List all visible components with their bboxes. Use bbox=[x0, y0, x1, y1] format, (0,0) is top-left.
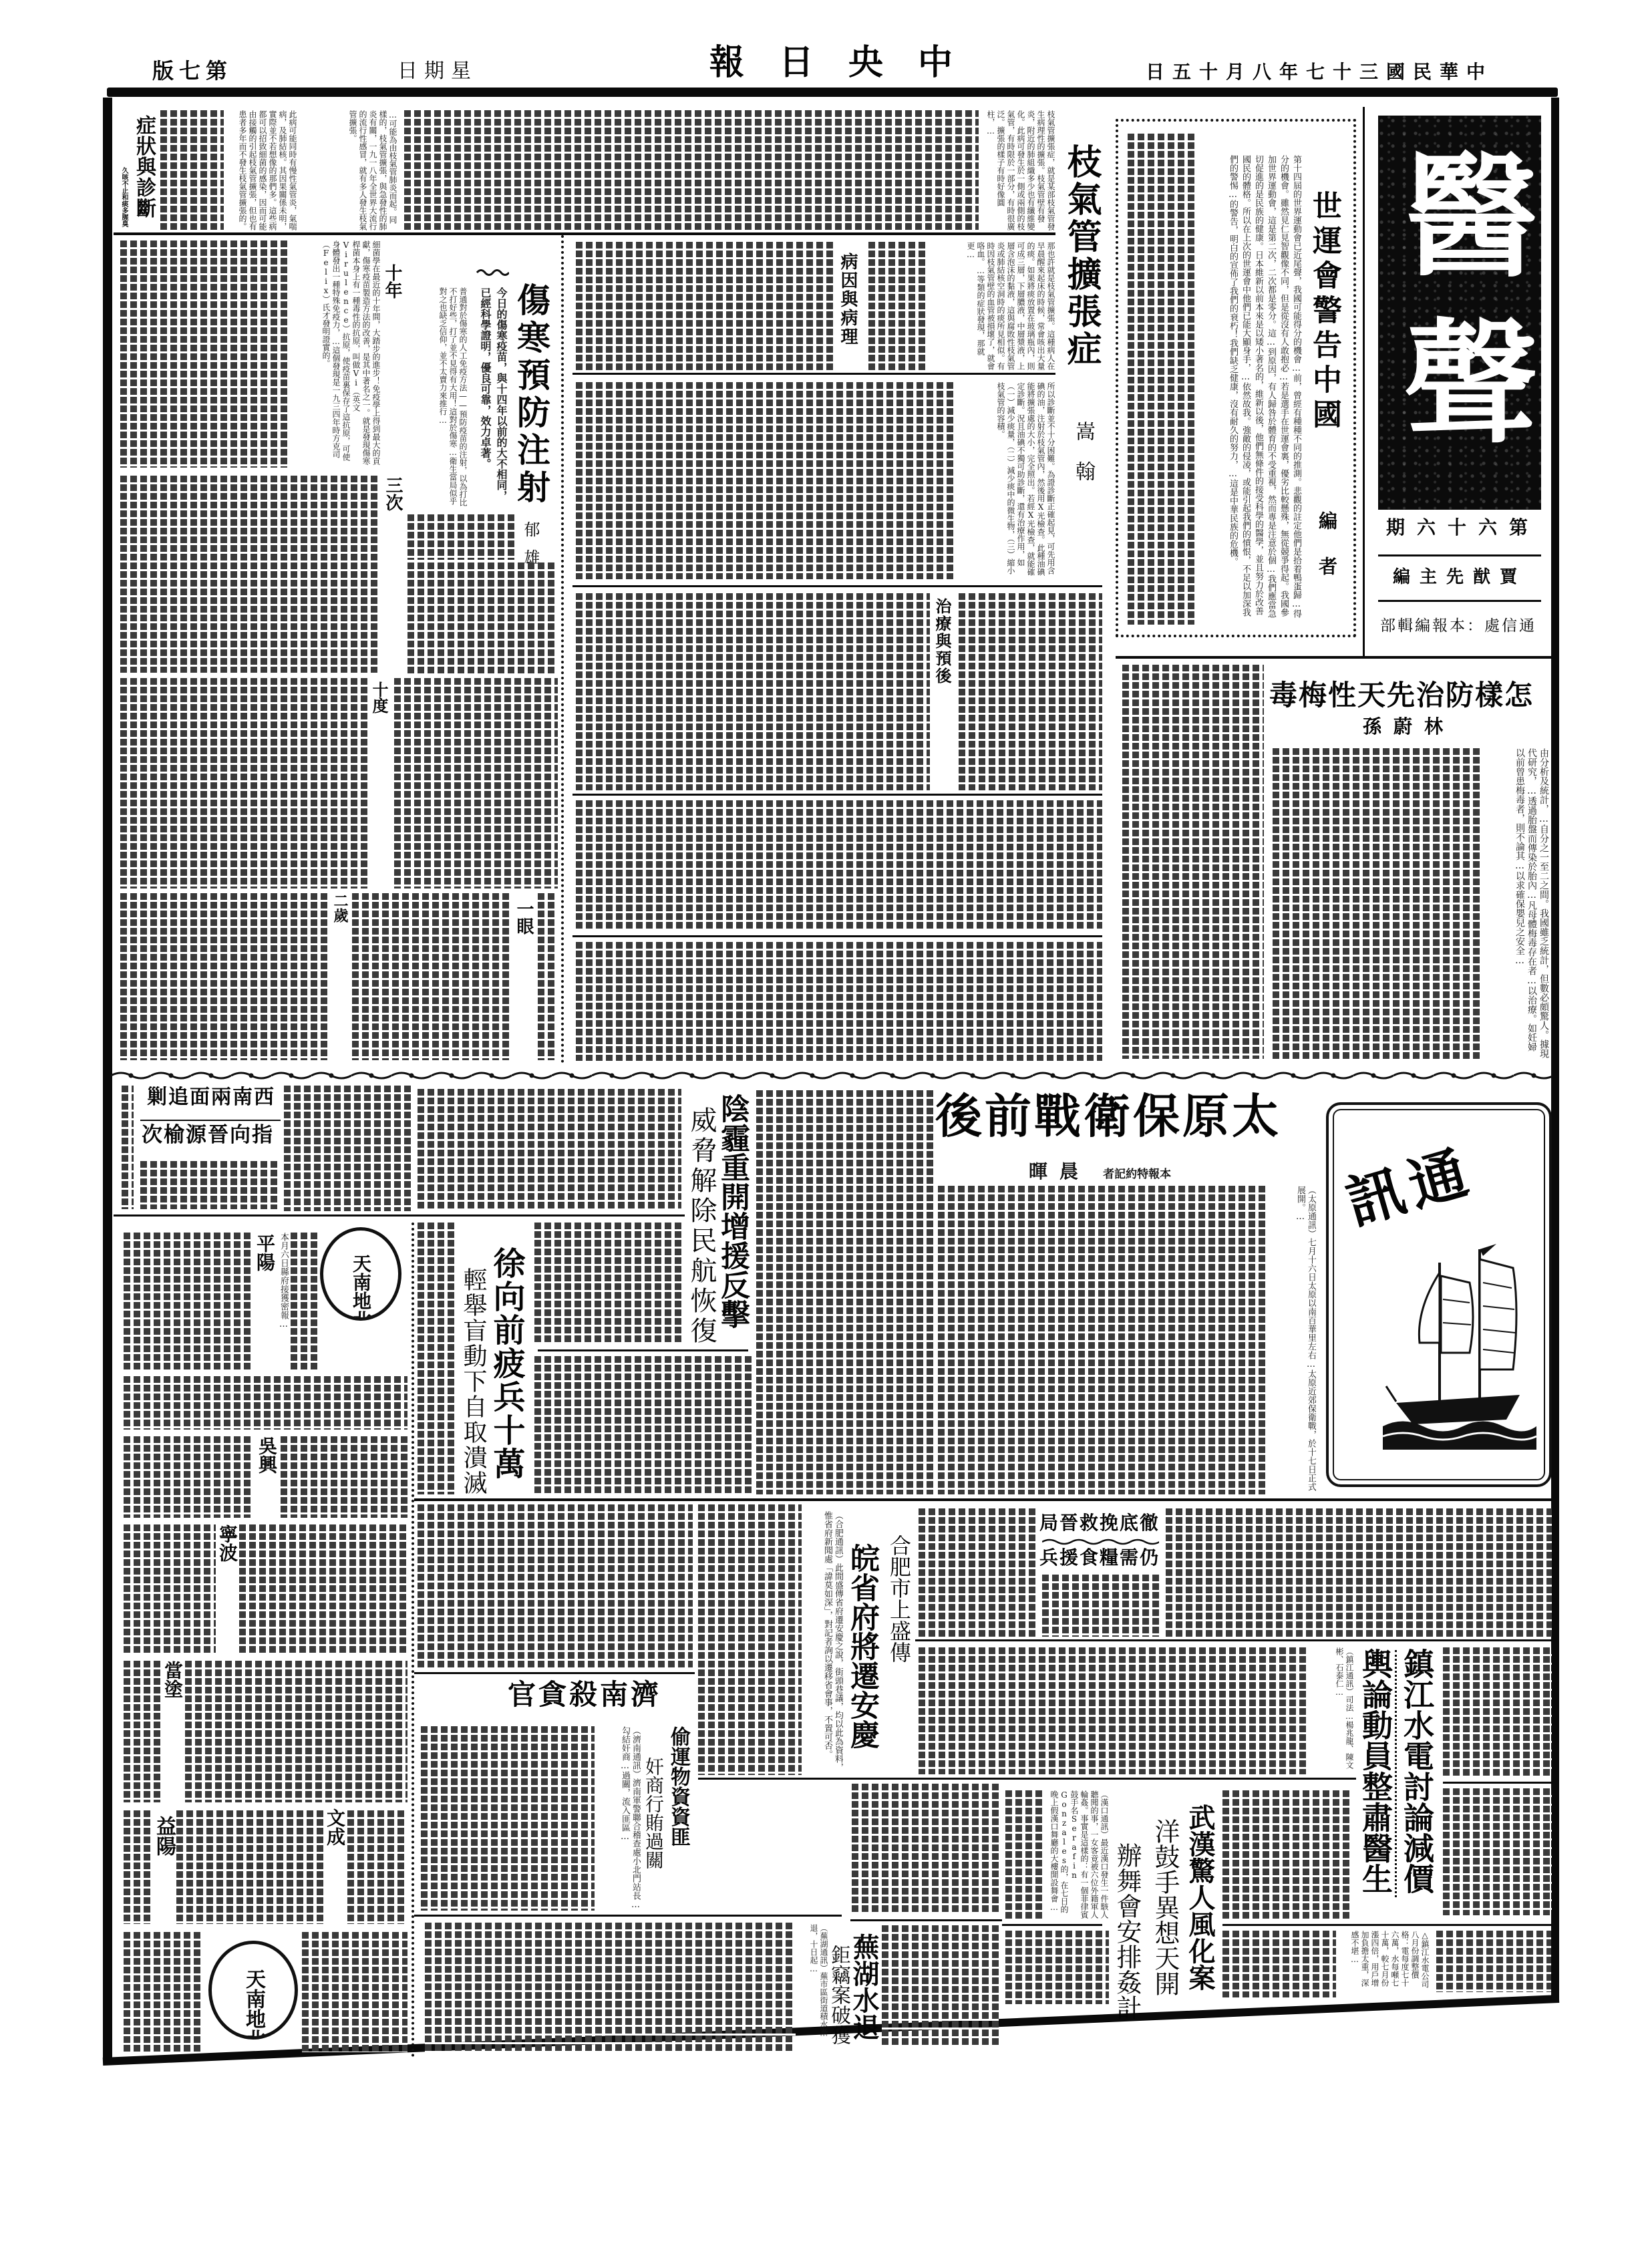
symptoms-subtitle: 久咳不止和痰多腥臭 bbox=[120, 167, 127, 227]
body-text-block bbox=[1436, 1931, 1551, 1992]
editorial-body: 第十四屆的世界運動會已近尾聲，我國可能得分的機會…前，曾經有種種不同的推測。悲觀… bbox=[1202, 155, 1303, 623]
body-text-block bbox=[124, 1376, 407, 1430]
dateline-wencheng: 文成 bbox=[325, 1808, 344, 1846]
body-text-block bbox=[576, 800, 1102, 931]
sidebar-title: 西南兩面追剿 bbox=[147, 1088, 275, 1108]
body-text-block bbox=[160, 110, 224, 230]
subhead-three-times: 三次 bbox=[384, 476, 401, 511]
masthead-rule-1 bbox=[1378, 554, 1541, 556]
body-text-block bbox=[1222, 1931, 1336, 1997]
syphilis-body: 由分析及統計，…自分之一至二之間。我國雖乏統計，但數必頗驚人。據現代研究，…透過… bbox=[1486, 748, 1550, 1059]
page-number: 第七版 bbox=[152, 60, 232, 82]
tier-rule bbox=[572, 794, 1102, 796]
tier-rule bbox=[572, 585, 1102, 587]
subhead-two-years: 二歲 bbox=[332, 893, 347, 923]
body-text-block bbox=[407, 562, 558, 675]
jinan-body: （濟南通訊）濟南軍警聯合稽查處小北門站長…勾結奸商…過關，流入匪區… bbox=[598, 1726, 641, 1910]
local-news-logo-bottom: 天南地北 bbox=[208, 1941, 298, 2040]
body-text-block bbox=[1443, 1647, 1552, 1776]
masthead-rule-2 bbox=[1378, 600, 1541, 602]
sidebar-rule bbox=[140, 1120, 281, 1121]
body-text-block bbox=[1122, 665, 1264, 1059]
body-text-block bbox=[534, 1356, 752, 1494]
wave-ornament bbox=[1042, 1538, 1159, 1546]
body-text-block bbox=[421, 1726, 595, 1911]
body-text-block bbox=[140, 1161, 281, 1209]
wuhu-body: （蕪湖通訊）蕪市區街道積水漸退，十日起… bbox=[798, 1924, 828, 2051]
subhead-ten-degrees: 十度 bbox=[371, 681, 387, 713]
body-text-block bbox=[852, 1784, 999, 1912]
wuhu-title: 蕪湖水退 bbox=[850, 1933, 877, 2040]
newspaper-name: 中央日報 bbox=[709, 45, 987, 80]
subhead-ten-years: 十年 bbox=[383, 264, 401, 299]
taiyuan-subhead-3: 徐向前疲兵十萬 bbox=[490, 1247, 522, 1480]
block-rule bbox=[850, 1919, 1002, 1921]
body-text-block bbox=[418, 1223, 458, 1494]
body-text-block bbox=[302, 1932, 407, 2052]
block-rule bbox=[1002, 1924, 1102, 1926]
bronchiectasis-influenza-text: …可能為由枝氣管肺炎而起。同樣的，枝氣管擴張，與急發性的肺炎有關，一九一八年全世… bbox=[304, 110, 397, 230]
body-text-block bbox=[291, 1233, 317, 1369]
wuhan-subhead-2: 辦舞會安排姦計 bbox=[1114, 1842, 1140, 2020]
bronchiectasis-diagnosis-text: 所以診斷並不十分困難。為證診斷正確起見，可先用含碘的油，注射於枝氣管內，然後用X… bbox=[962, 382, 1055, 579]
block-rule bbox=[414, 1672, 695, 1674]
bronchiectasis-intro: 枝氣管擴張症，就是某部枝氣管發生病理性的擴張。枝氣管壁有發炎，附近的肺組織多少也… bbox=[985, 110, 1055, 230]
anhui-subtitle: 合肥市上盛傳 bbox=[888, 1534, 910, 1663]
body-text-block bbox=[1166, 1508, 1552, 1637]
body-text-block bbox=[124, 1436, 254, 1518]
body-text-block bbox=[1443, 1788, 1552, 1915]
body-text-block bbox=[1005, 1931, 1109, 2004]
body-text-block bbox=[122, 1086, 134, 1209]
body-text-block bbox=[576, 593, 930, 790]
body-text-block bbox=[1222, 1790, 1353, 1921]
tier-rule bbox=[572, 935, 1102, 937]
column-divider bbox=[561, 235, 564, 1064]
sailboat-illustration bbox=[1376, 1236, 1536, 1450]
taiyuan-subhead-1: 陰霾重開增援反擊 bbox=[717, 1094, 747, 1329]
block-rule bbox=[1222, 1924, 1552, 1926]
typhoid-intro: 普通對於傷寒的人工免疫方法——預防疫苗的注射，以為打比不打好些，打了並不見得有大… bbox=[426, 287, 468, 508]
editorial-body-continued bbox=[1128, 134, 1198, 625]
editorial-author: 編者 bbox=[1317, 511, 1336, 602]
masthead-title: 醫聲 bbox=[1393, 146, 1526, 480]
body-text-block bbox=[919, 1647, 1309, 1774]
wavy-section-divider bbox=[111, 1069, 1552, 1082]
symptoms-text: 此病可能同時有慢性氣管炎，氣喘病，及肺結核。其因果關係未明，實際並不若想像的那們… bbox=[227, 110, 297, 230]
block-rule bbox=[538, 1349, 748, 1351]
wuhu-subtitle: 鉅竊案破獲 bbox=[828, 1945, 848, 2045]
supplement-masthead: 醫聲 bbox=[1378, 116, 1541, 510]
block-rule bbox=[414, 1498, 1556, 1501]
body-text-block bbox=[281, 1436, 407, 1518]
taiyuan-subhead-4: 輕舉盲動下自取潰滅 bbox=[461, 1267, 485, 1496]
shanxi-title: 徹底挽救晉局 bbox=[1039, 1514, 1160, 1532]
block-rule bbox=[414, 1915, 842, 1917]
body-text-block bbox=[394, 678, 558, 888]
treatment-heading: 治療與預後 bbox=[934, 598, 950, 685]
pingyang-lead: 本月六日縣府接獲密報… bbox=[277, 1233, 289, 1366]
masthead-bottom-rule bbox=[1116, 656, 1556, 659]
contact-address: 通信處：本報編輯部 bbox=[1380, 619, 1536, 634]
title-divider bbox=[1395, 1650, 1397, 1897]
issue-number: 第六十六期 bbox=[1386, 518, 1540, 537]
typhoid-ten-years-text: 細菌學在最近的十年間，大踏步的進步！免疫學上得到最大的貢獻，傷寒疫苗製造方法的改… bbox=[291, 240, 381, 468]
bronchiectasis-author: 嵩翰 bbox=[1073, 421, 1093, 501]
shanxi-subtitle: 仍需糧食援兵 bbox=[1039, 1549, 1160, 1567]
body-text-block bbox=[404, 110, 979, 230]
body-text-block bbox=[124, 1661, 160, 1802]
typhoid-subtitle: 今日的傷寒疫苗，與十四年以前的大不相同，已經科學證明，優良可靠，效力卓著。 bbox=[474, 287, 509, 508]
body-text-block bbox=[124, 1932, 202, 2052]
zhenjiang-utilities-title: 鎮江水電討論減價 bbox=[1402, 1648, 1432, 1894]
body-text-block bbox=[352, 893, 511, 1060]
body-text-block bbox=[1005, 1790, 1045, 1921]
bronchiectasis-sputum-text: 那也許就是枝氣管擴張。這種病人在早晨醒來起床的時候，常會咳出大量的痰。如果將痰放… bbox=[929, 242, 1055, 371]
local-news-border bbox=[412, 1223, 414, 2058]
byline-name: 晨暉 bbox=[1029, 1160, 1090, 1182]
body-text-block bbox=[882, 1925, 999, 2046]
dateline-yiyang: 益陽 bbox=[154, 1816, 174, 1856]
body-text-block bbox=[698, 1504, 802, 1775]
taiyuan-body: （太原通訊）七月十六日太原以南百華里左右…太原近郊保衛戰，於十七日正式展開。… bbox=[1273, 1186, 1316, 1493]
syphilis-author: 林蔚孫 bbox=[1363, 717, 1455, 736]
header-rule bbox=[107, 88, 1558, 97]
dateline-dangtu: 當塗 bbox=[163, 1661, 182, 1698]
dateline-ningbo: 寧波 bbox=[218, 1524, 236, 1562]
block-rule bbox=[114, 1214, 685, 1217]
body-text-block bbox=[120, 893, 329, 1060]
taiyuan-subhead-2: 威脅解除民航恢復 bbox=[688, 1106, 715, 1347]
block-rule bbox=[915, 1639, 1556, 1641]
body-text-block bbox=[919, 1508, 1037, 1637]
body-text-block bbox=[284, 1086, 411, 1211]
doctors-body: （鎮江通訊）司法…楊兆龍、陳文彬、石泰仁… bbox=[1313, 1647, 1354, 1774]
body-text-block bbox=[120, 476, 381, 673]
weekday: 星期日 bbox=[397, 61, 478, 82]
body-text-block bbox=[538, 893, 558, 1060]
cause-heading: 病因與病理 bbox=[839, 253, 856, 346]
syphilis-title: 怎樣防治先天性梅毒 bbox=[1269, 681, 1534, 709]
body-text-block bbox=[576, 382, 957, 579]
block-rule bbox=[698, 1778, 1356, 1780]
editorial-title: 世運會警告中國 bbox=[1309, 190, 1339, 434]
body-text-block bbox=[407, 514, 514, 560]
wuhan-title: 武漢驚人風化案 bbox=[1186, 1804, 1213, 1991]
local-news-logo: 天南地北 bbox=[320, 1227, 401, 1321]
wave-ornament bbox=[476, 267, 509, 277]
body-text-block bbox=[868, 242, 925, 371]
newspaper-page: 第七版 星期日 中央日報 中華民國三十七年八月十五日 醫聲 第六十六期 賈猷先主… bbox=[0, 0, 1646, 2268]
tier-rule bbox=[114, 232, 1055, 235]
byline-label: 本報特約記者 bbox=[1103, 1168, 1171, 1181]
body-text-block bbox=[124, 1233, 251, 1369]
taiyuan-byline: 本報特約記者 晨暉 bbox=[1029, 1157, 1196, 1184]
body-text-block bbox=[120, 240, 287, 468]
jinan-subhead-2: 奸商行賄過關 bbox=[644, 1757, 663, 1869]
bronchiectasis-title: 枝氣管擴張症 bbox=[1063, 144, 1098, 368]
body-text-block bbox=[120, 678, 367, 888]
wuhan-body: （漢口通訊）最近漢口發生一件駭人聽聞的事，一女客竟被六位外籍軍人輪姦。事實是這樣… bbox=[1049, 1790, 1109, 1921]
jinan-subhead-1: 偷運物資資匪 bbox=[668, 1726, 688, 1846]
body-text-block bbox=[418, 1504, 693, 1669]
symptoms-heading: 症狀與診斷 bbox=[134, 115, 154, 218]
body-text-block bbox=[124, 1524, 216, 1653]
issue-date: 中華民國三十七年八月十五日 bbox=[1146, 63, 1493, 82]
body-text-block bbox=[534, 1223, 685, 1343]
dateline-wuxing: 吳興 bbox=[257, 1436, 276, 1474]
taiyuan-title: 太原保衛戰前後 bbox=[935, 1093, 1281, 1140]
jinan-title: 濟南殺貪官 bbox=[508, 1681, 661, 1709]
body-text-block bbox=[176, 1810, 323, 1924]
body-text-block bbox=[185, 1661, 407, 1802]
anhui-title: 皖省府將遷安慶 bbox=[847, 1543, 876, 1749]
body-text-block bbox=[959, 593, 1102, 790]
sidebar-subtitle: 指向晉源榆次 bbox=[142, 1125, 274, 1146]
dateline-pingyang: 平陽 bbox=[255, 1234, 274, 1271]
body-text-block bbox=[938, 1186, 1269, 1494]
body-text-block bbox=[756, 1090, 933, 1494]
page-border-right bbox=[1551, 98, 1559, 2003]
body-text-block bbox=[425, 1923, 796, 2053]
body-text-block bbox=[239, 1524, 407, 1653]
chief-editor: 賈猷先主編 bbox=[1393, 569, 1526, 586]
doctors-title: 輿論動員整肅醫生 bbox=[1360, 1648, 1391, 1894]
body-text-block bbox=[418, 1089, 681, 1210]
body-text-block bbox=[576, 242, 833, 371]
wuhan-subhead-1: 洋鼓手異想天開 bbox=[1152, 1818, 1178, 1996]
subhead-one-glance: 一眼 bbox=[515, 900, 532, 935]
block-rule bbox=[1443, 1782, 1552, 1784]
body-text-block bbox=[124, 1810, 152, 1924]
masthead-divider bbox=[1363, 107, 1365, 658]
body-text-block bbox=[347, 1810, 407, 1924]
zhenjiang-utilities-body: △鎮江水電公司八月份調整價格：電每度七十六萬，水每噸七十萬，較七月份漲四倍，用戶… bbox=[1339, 1931, 1430, 1994]
body-text-block bbox=[1273, 748, 1483, 1059]
anhui-body: （合肥通訊）此間盛傳省府遷安慶之說，街頭巷議，均以此為資料，惟省府新聞處「諱莫如… bbox=[806, 1511, 843, 1773]
local-news-logo-text: 天南地北 bbox=[350, 1254, 371, 1294]
body-text-block bbox=[1042, 1575, 1159, 1637]
local-news-logo-text: 天南地北 bbox=[242, 1969, 265, 2011]
typhoid-title: 傷寒預防注射 bbox=[514, 283, 548, 507]
body-text-block bbox=[576, 942, 1102, 1061]
tier-rule bbox=[572, 373, 1055, 375]
